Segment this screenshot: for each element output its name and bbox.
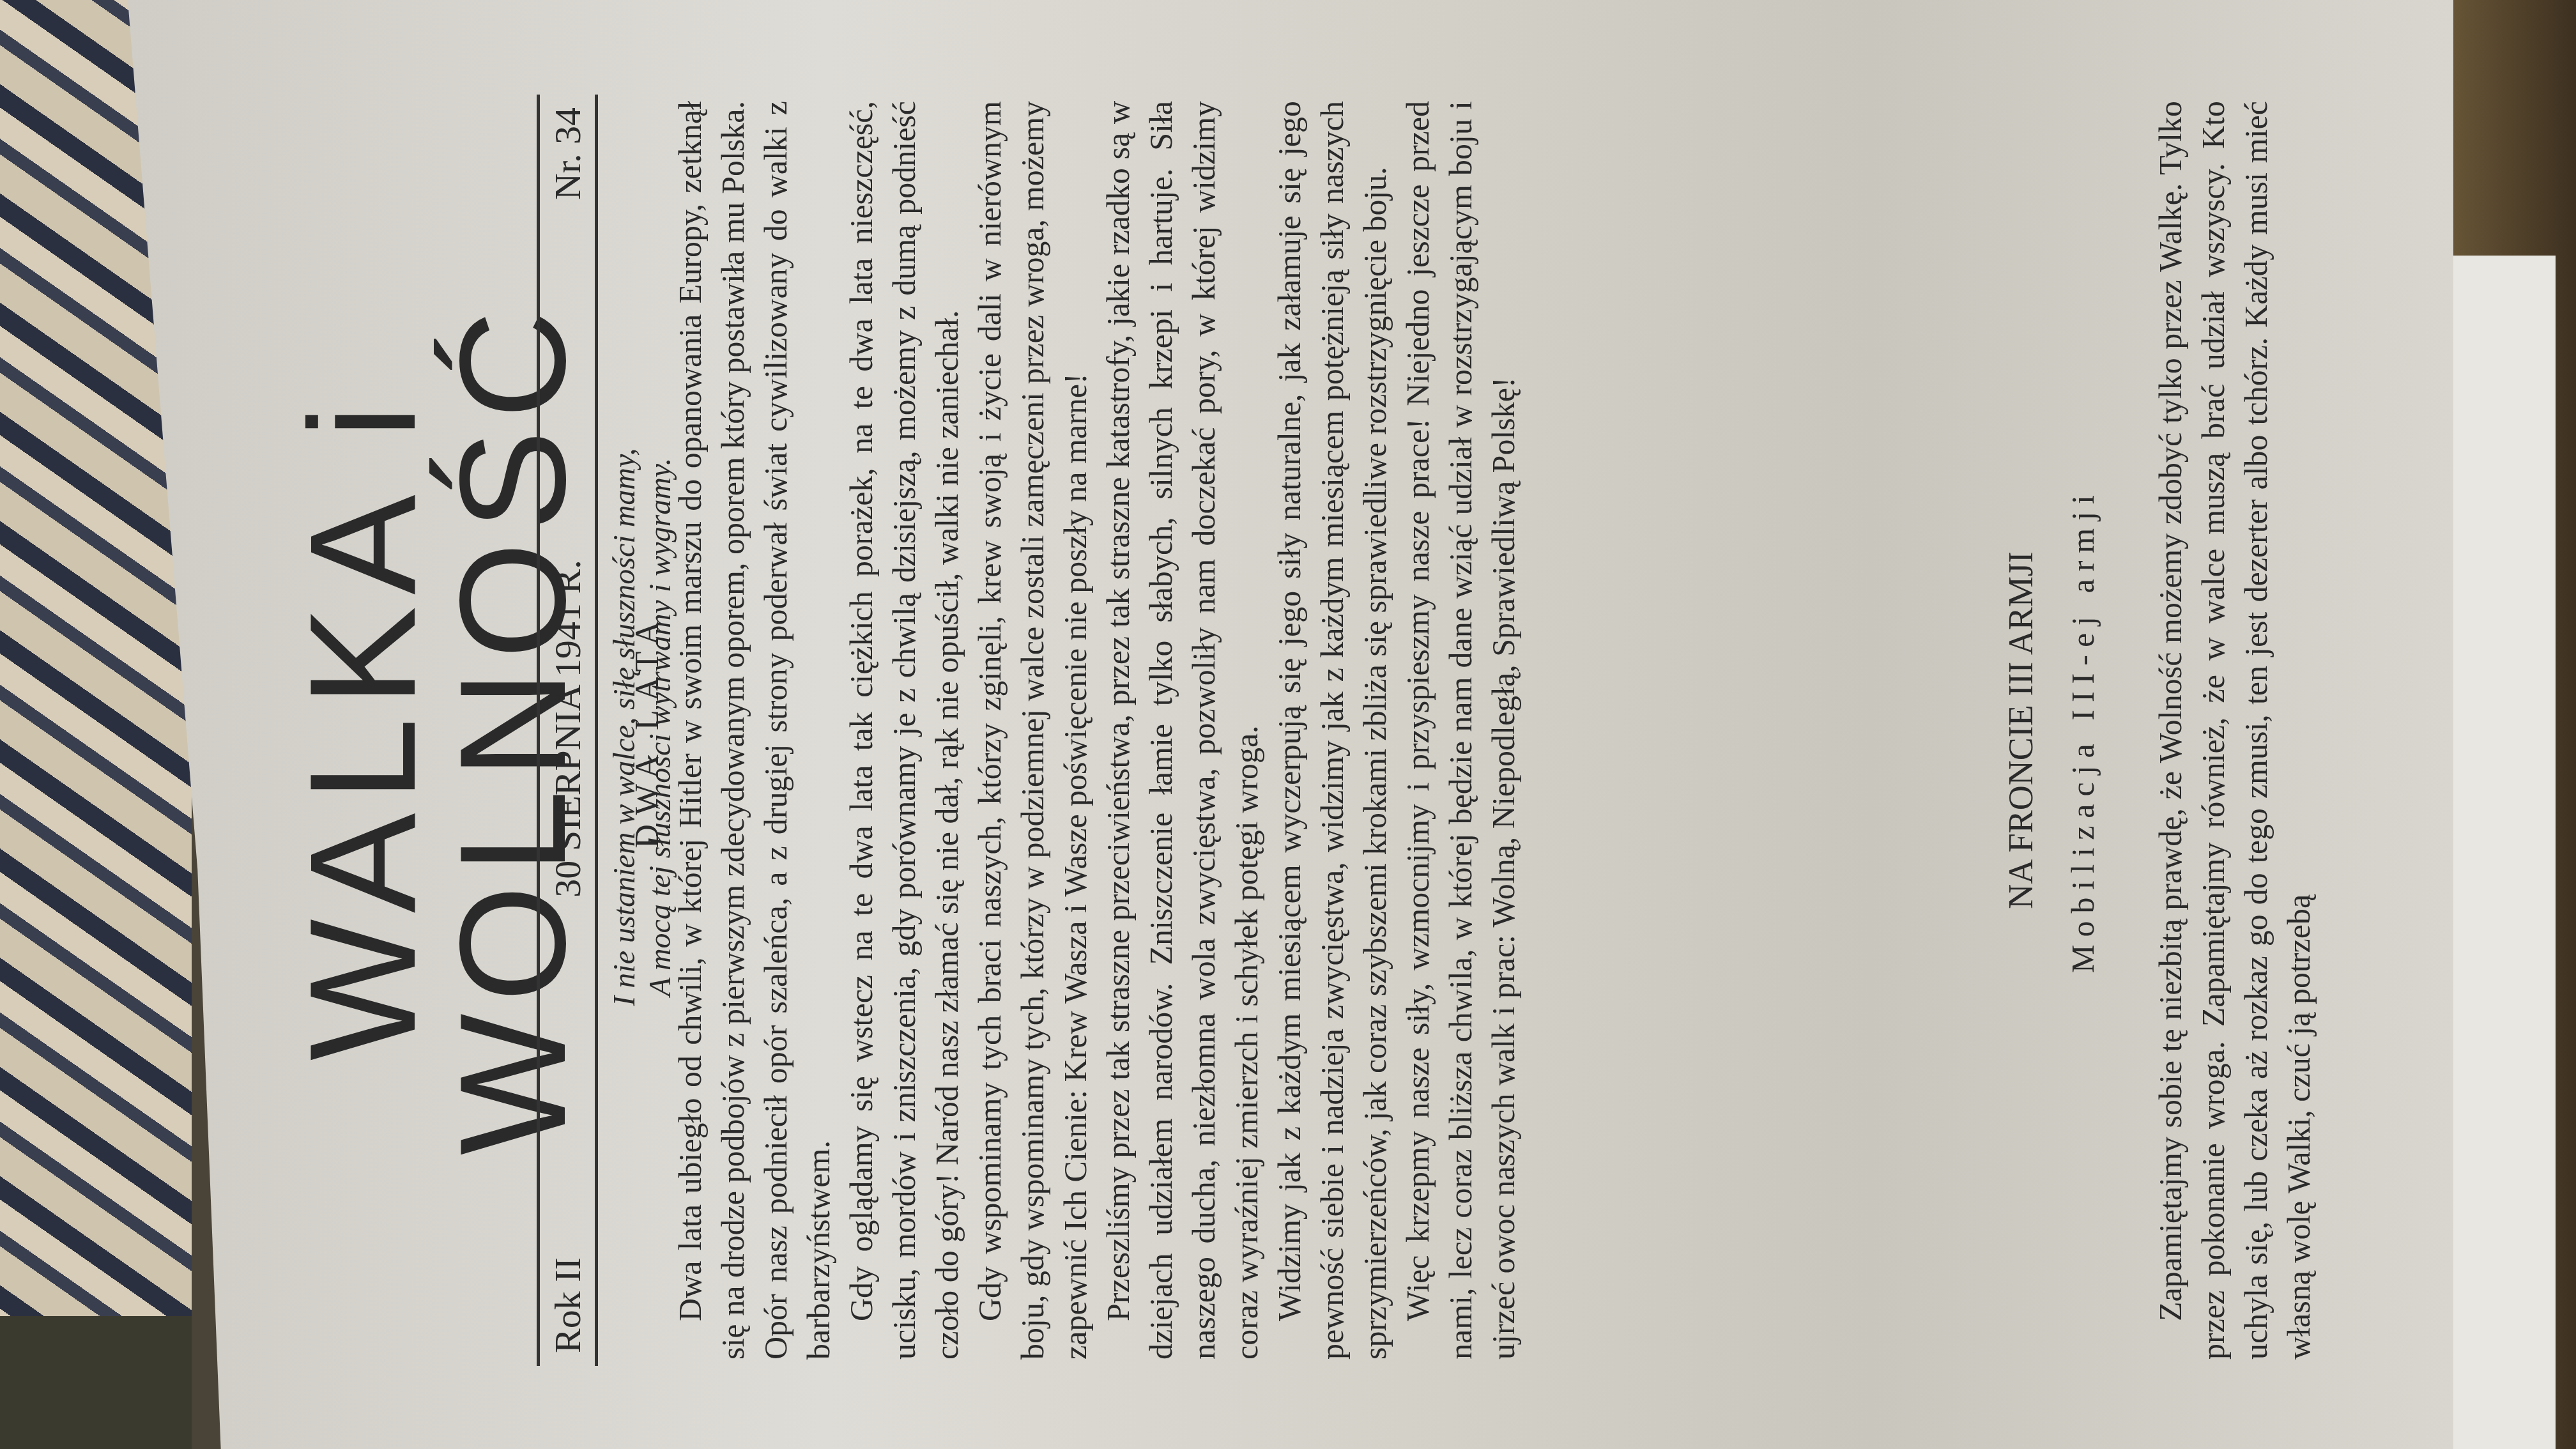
paragraph: Dwa lata ubiegło od chwili, w której Hit… <box>669 101 840 1360</box>
article-na-froncie: NA FRONCIE III ARMJI Mobilizacja III-ej … <box>2000 101 2320 1360</box>
paragraph: Przeszliśmy przez tak straszne przeciwie… <box>1097 101 1268 1360</box>
paragraph: Gdy oglądamy się wstecz na te dwa lata t… <box>840 101 969 1360</box>
paragraph: Gdy wspominamy tych braci naszych, którz… <box>969 101 1097 1360</box>
article-heading: DWA LATA <box>626 101 669 1360</box>
background-paper-right <box>2441 256 2556 1449</box>
issue-info-bar: Rok II 30 SIERPNIA 1941 R. Nr. 34 <box>537 95 598 1366</box>
article-heading: NA FRONCIE III ARMJI <box>2000 101 2043 1360</box>
issue-year: Rok II <box>546 1257 589 1353</box>
paragraph: Więc krzepmy nasze siły, wzmocnijmy i pr… <box>1397 101 1525 1360</box>
issue-number: Nr. 34 <box>546 107 589 200</box>
paragraph: Zapamiętajmy sobie tę niezbitą prawdę, ż… <box>2149 101 2320 1360</box>
article-subheading: Mobilizacja III-ej armji <box>2062 101 2104 1360</box>
paragraph: Widzimy jak z każdym miesiącem wyczerpuj… <box>1268 101 1397 1360</box>
masthead: WALKA i WOLNOŚĆ I nie ustaniem w walce, … <box>287 75 678 1379</box>
issue-date: 30 SIERPNIA 1941 R. <box>546 560 589 898</box>
article-dwa-lata: DWA LATA Dwa lata ubiegło od chwili, w k… <box>626 101 1525 1360</box>
newspaper-page-rotated: WALKA i WOLNOŚĆ I nie ustaniem w walce, … <box>128 0 2453 1449</box>
